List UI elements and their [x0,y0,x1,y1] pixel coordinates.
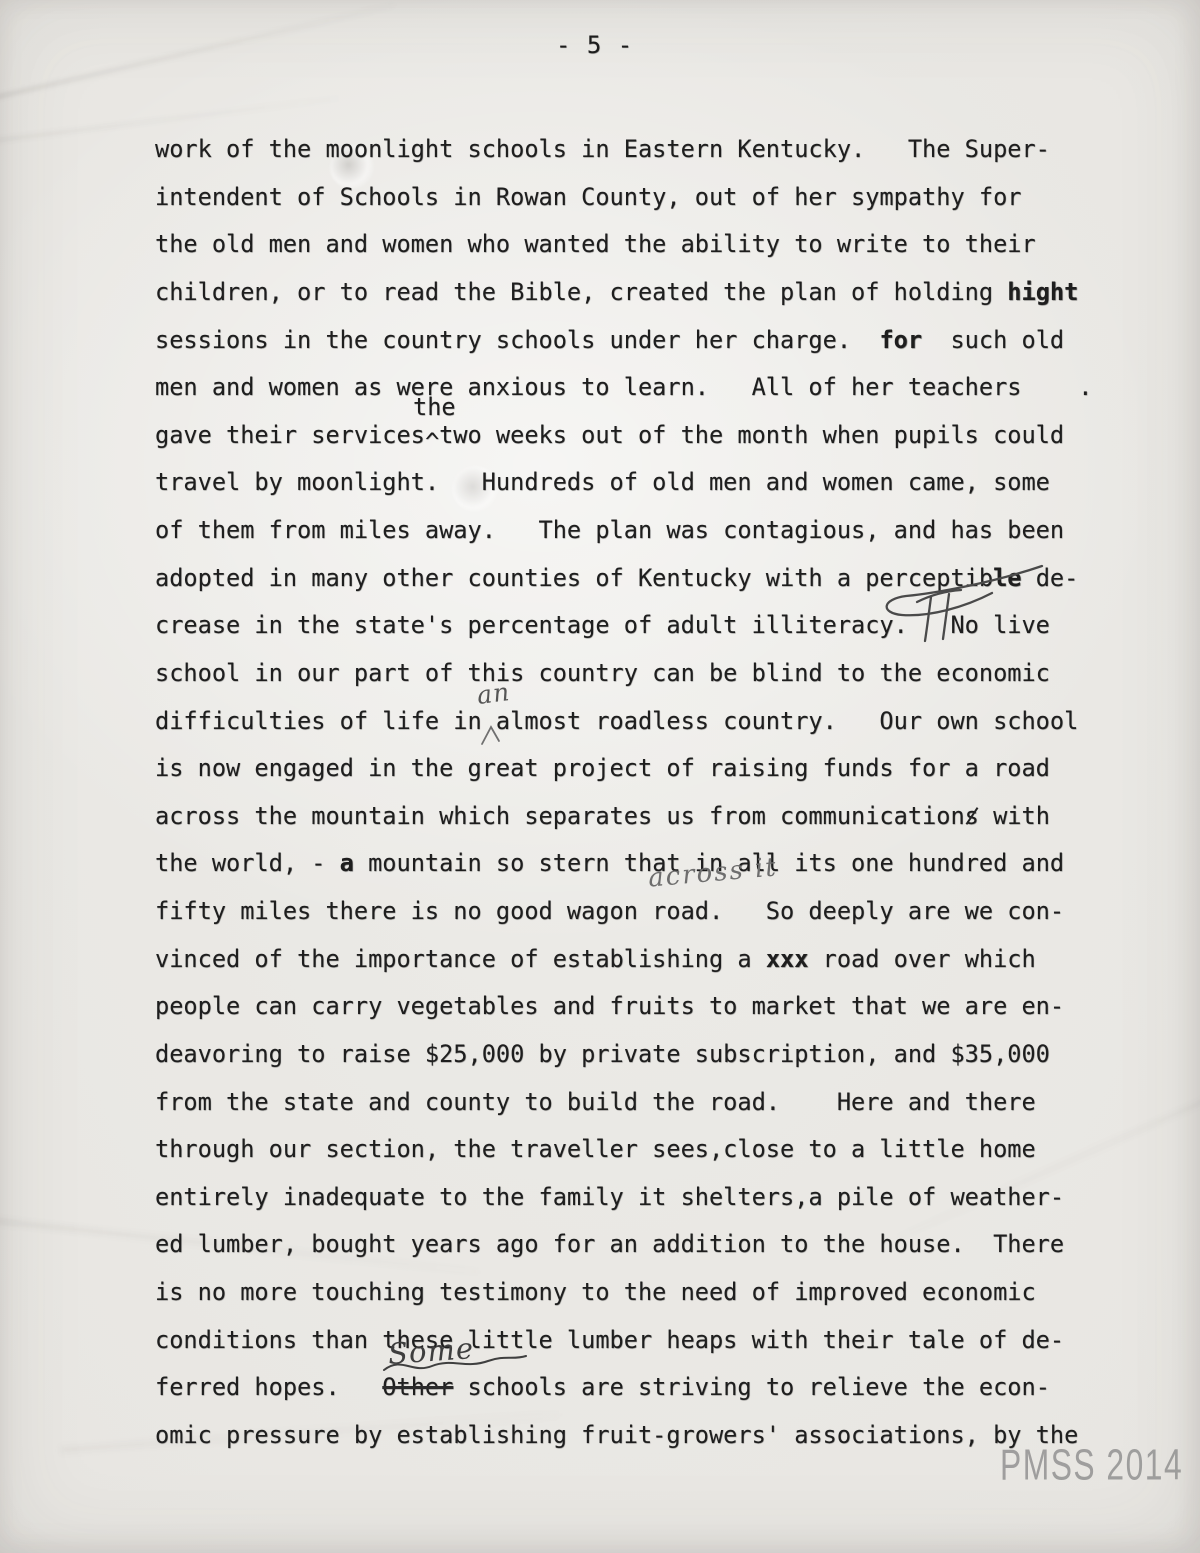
typed-line: through our section, the traveller sees,… [155,1134,1036,1164]
typed-segment: of them from miles away. The plan was co… [155,516,1064,544]
typed-segment: road over which [808,945,1035,973]
insertion-caret: ^ [425,428,439,456]
typed-line: men and women as were anxious to learn. … [155,372,1093,402]
typed-segment: difficulties of life in almost roadless … [155,707,1078,735]
typed-line: is now engaged in the great project of r… [155,753,1050,783]
typed-line: the world, - a mountain so stern that in… [155,848,1064,878]
typed-segment: sessions in the country schools under he… [155,326,879,354]
typed-segment: travel by moonlight. Hundreds of old men… [155,468,1050,496]
typed-segment: intendent of Schools in Rowan County, ou… [155,183,1021,211]
typed-segment: through our section, the traveller sees,… [155,1135,1036,1163]
typed-line: adopted in many other counties of Kentuc… [155,563,1078,593]
typed-segment: conditions than these little lumber heap… [155,1326,1064,1354]
typed-segment: a [340,849,354,877]
typed-segment: deavoring to raise $25,000 by private su… [155,1040,1050,1068]
typed-segment: children, or to read the Bible, created … [155,278,1007,306]
typed-line: sessions in the country schools under he… [155,325,1064,355]
typed-line: from the state and county to build the r… [155,1087,1036,1117]
typed-line: conditions than these little lumber heap… [155,1325,1064,1355]
typed-line: crease in the state's percentage of adul… [155,610,1050,640]
watermark: PMSS 2014 [1000,1442,1183,1489]
typed-line: omic pressure by establishing fruit-grow… [155,1420,1078,1450]
typed-segment: people can carry vegetables and fruits t… [155,992,1064,1020]
typed-line: deavoring to raise $25,000 by private su… [155,1039,1050,1069]
typed-segment: adopted in many other counties of Kentuc… [155,564,993,592]
typed-line: ferred hopes. Other schools are striving… [155,1372,1050,1402]
typed-line: the old men and women who wanted the abi… [155,229,1036,259]
typed-line: travel by moonlight. Hundreds of old men… [155,467,1050,497]
typed-line: intendent of Schools in Rowan County, ou… [155,182,1021,212]
typed-line: children, or to read the Bible, created … [155,277,1078,307]
typed-line: fifty miles there is no good wagon road.… [155,896,1064,926]
typed-segment: hight [1007,278,1078,306]
typed-segment: crease in the state's percentage of adul… [155,611,1050,639]
typed-segment: for [879,326,922,354]
typed-segment: with [979,802,1050,830]
typed-line: people can carry vegetables and fruits t… [155,991,1064,1021]
typed-segment: fifty miles there is no good wagon road.… [155,897,1064,925]
typed-segment: vinced of the importance of establishing… [155,945,766,973]
typed-segment: men and women as were anxious to learn. … [155,373,1093,401]
typed-segment: de- [1022,564,1079,592]
typed-line: of them from miles away. The plan was co… [155,515,1064,545]
typed-segment: ed lumber, bought years ago for an addit… [155,1230,1064,1258]
typed-line: difficulties of life in almost roadless … [155,706,1078,736]
typed-line: across the mountain which separates us f… [155,801,1050,831]
typed-line: is no more touching testimony to the nee… [155,1277,1036,1307]
typed-segment: across the mountain which separates us f… [155,802,965,830]
typed-segment: is no more touching testimony to the nee… [155,1278,1036,1306]
page-number: - 5 - [556,30,633,60]
typed-line: school in our part of this country can b… [155,658,1050,688]
typed-line: gave their services two weeks out of the… [155,420,1064,450]
typed-segment: Other [382,1373,453,1401]
typed-segment: xxx [766,945,809,973]
typed-line: ed lumber, bought years ago for an addit… [155,1229,1064,1259]
typed-segment: the world, - [155,849,340,877]
typed-segment: mountain so stern that in all its one hu… [354,849,1064,877]
typed-segment: such old [922,326,1064,354]
typed-segment: gave their services two weeks out of the… [155,421,1064,449]
typed-segment: schools are striving to relieve the econ… [453,1373,1050,1401]
typed-segment: le [993,564,1021,592]
typed-insertion-the: the [413,392,456,422]
typed-segment: work of the moonlight schools in Eastern… [155,135,1050,163]
typed-segment: is now engaged in the great project of r… [155,754,1050,782]
typed-segment: s [965,802,979,830]
typed-segment: ferred hopes. [155,1373,382,1401]
typed-segment: from the state and county to build the r… [155,1088,1036,1116]
typed-segment: entirely inadequate to the family it she… [155,1183,1064,1211]
typed-line: vinced of the importance of establishing… [155,944,1036,974]
some-strike-flourish [384,1356,526,1370]
typed-line: entirely inadequate to the family it she… [155,1182,1064,1212]
typed-segment: school in our part of this country can b… [155,659,1050,687]
typed-segment: omic pressure by establishing fruit-grow… [155,1421,1078,1449]
typed-line: work of the moonlight schools in Eastern… [155,134,1050,164]
paper-crease [0,3,395,110]
typed-segment: the old men and women who wanted the abi… [155,230,1036,258]
document-page: - 5 - work of the moonlight schools in E… [0,0,1200,1553]
